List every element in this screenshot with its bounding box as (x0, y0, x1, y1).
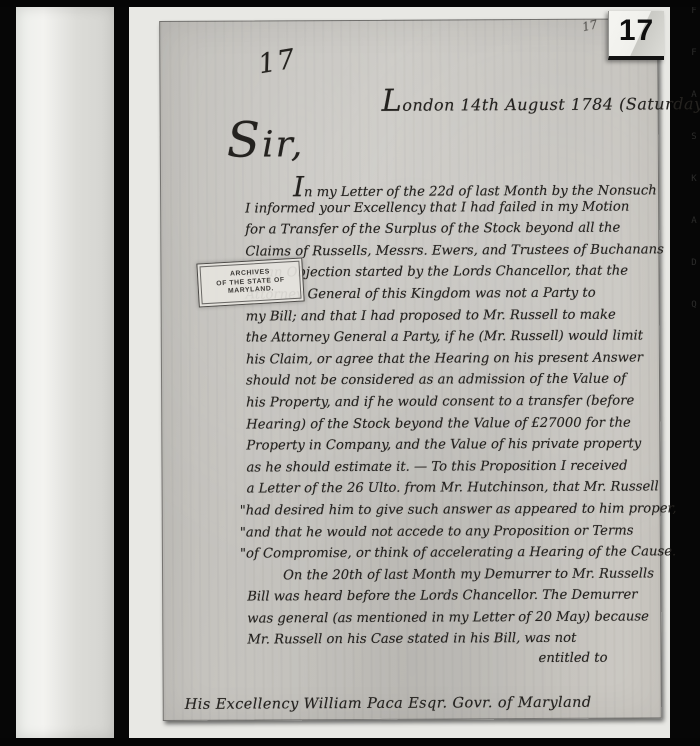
edge-letter: K (688, 174, 700, 216)
body-line: his Claim, or agree that the Hearing on … (246, 347, 656, 371)
body-line: should not be considered as an admission… (246, 369, 656, 393)
body-line: Attorney General of this Kingdom was not… (246, 282, 656, 306)
body-line: on an Objection started by the Lords Cha… (245, 261, 655, 285)
body-line: Mr. Russell on his Case stated in his Bi… (247, 628, 657, 652)
stamp-line-3: MARYLAND. (228, 285, 274, 296)
body-line: Claims of Russells, Messrs. Ewers, and T… (245, 239, 655, 263)
top-black-band (0, 0, 700, 7)
body-line: Bill was heard before the Lords Chancell… (247, 585, 657, 609)
film-edge-markings: F F A S K A D Q (688, 6, 700, 342)
letter-page-group: 17 17 London 14th August 1784 (Saturday.… (0, 0, 700, 746)
body-line: On the 20th of last Month my Demurrer to… (247, 563, 657, 587)
edge-letter: D (688, 258, 700, 300)
page-number-card: 17 (608, 11, 664, 60)
body-line: "of Compromise, or think of accelerating… (240, 541, 657, 565)
dateline: London 14th August 1784 (Saturday.] (381, 82, 700, 119)
body-line: was general (as mentioned in my Letter o… (247, 606, 657, 630)
body-line: his Property, and if he would consent to… (246, 390, 656, 414)
salutation: Sir, (227, 112, 305, 168)
body-line: Hearing) of the Stock beyond the Value o… (246, 412, 656, 436)
edge-letter: A (688, 216, 700, 258)
body-line: "had desired him to give such answer as … (240, 498, 657, 522)
edge-letter: F (688, 48, 700, 90)
edge-letter: Q (688, 300, 700, 342)
edge-letter: S (688, 132, 700, 174)
body-line: the Attorney General a Party, if he (Mr.… (246, 326, 656, 350)
body-line: a Letter of the 26 Ulto. from Mr. Hutchi… (247, 477, 657, 501)
letter-body: In my Letter of the 22d of last Month by… (245, 174, 657, 651)
address-line: His Excellency William Paca Esqr. Govr. … (185, 695, 592, 713)
edge-letter: A (688, 90, 700, 132)
handwritten-page-number: 17 (256, 43, 299, 80)
body-line: my Bill; and that I had proposed to Mr. … (246, 304, 656, 328)
body-line: Property in Company, and the Value of hi… (246, 434, 656, 458)
bottom-black-band (0, 738, 700, 746)
body-line: as he should estimate it. — To this Prop… (246, 455, 656, 479)
body-line: In my Letter of the 22d of last Month by… (245, 174, 655, 198)
edge-letter: F (688, 6, 700, 48)
microfilm-frame: 17 17 London 14th August 1784 (Saturday.… (0, 0, 700, 746)
catchword: entitled to (538, 651, 607, 666)
body-line: I informed your Excellency that I had fa… (245, 196, 655, 220)
body-line: for a Transfer of the Surplus of the Sto… (245, 218, 655, 242)
page-number: 17 (619, 11, 654, 51)
archives-stamp: ARCHIVES OF THE STATE OF MARYLAND. (196, 258, 304, 308)
body-line: "and that he would not accede to any Pro… (240, 520, 657, 544)
